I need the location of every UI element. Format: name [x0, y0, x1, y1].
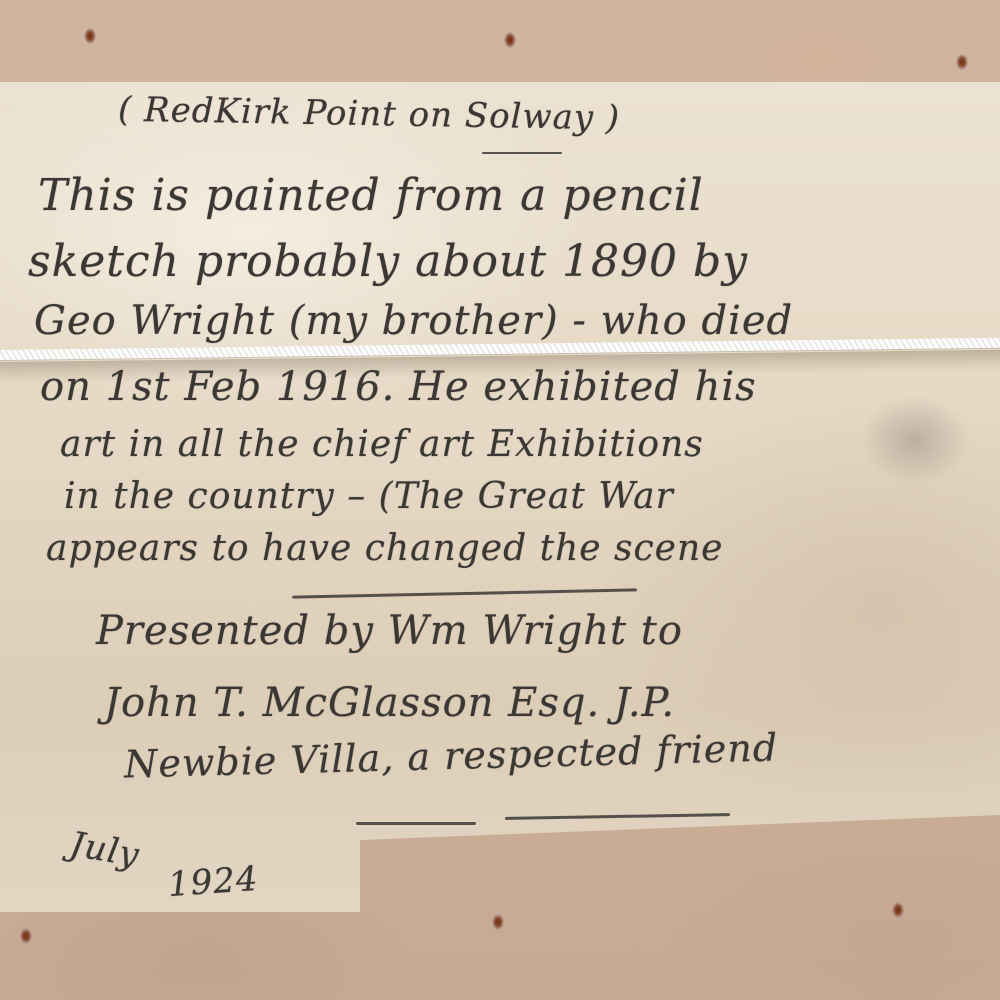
graphite-smudge	[860, 395, 970, 485]
note-body-line-7: appears to have changed the scene	[46, 528, 723, 569]
title-underline	[482, 152, 562, 154]
note-body-line-3: Geo Wright (my brother) - who died	[34, 298, 793, 344]
nail-hole	[84, 28, 96, 44]
note-body-line-1: This is painted from a pencil	[38, 170, 704, 221]
note-body-line-6: in the country – (The Great War	[64, 476, 674, 517]
note-body-line-5: art in all the chief art Exhibitions	[60, 424, 704, 465]
note-body-line-2: sketch probably about 1890 by	[28, 236, 748, 287]
note-body-line-4: on 1st Feb 1916. He exhibited his	[40, 364, 757, 410]
date-year: 1924	[167, 859, 260, 905]
closing-line-left	[356, 822, 476, 825]
nail-hole	[20, 928, 32, 944]
nail-hole	[492, 914, 504, 930]
presentation-line-2: John T. McGlasson Esq. J.P.	[104, 680, 675, 726]
nail-hole	[504, 32, 516, 48]
nail-hole	[892, 902, 904, 918]
nail-hole	[956, 54, 968, 70]
presentation-line-1: Presented by Wm Wright to	[96, 608, 683, 654]
